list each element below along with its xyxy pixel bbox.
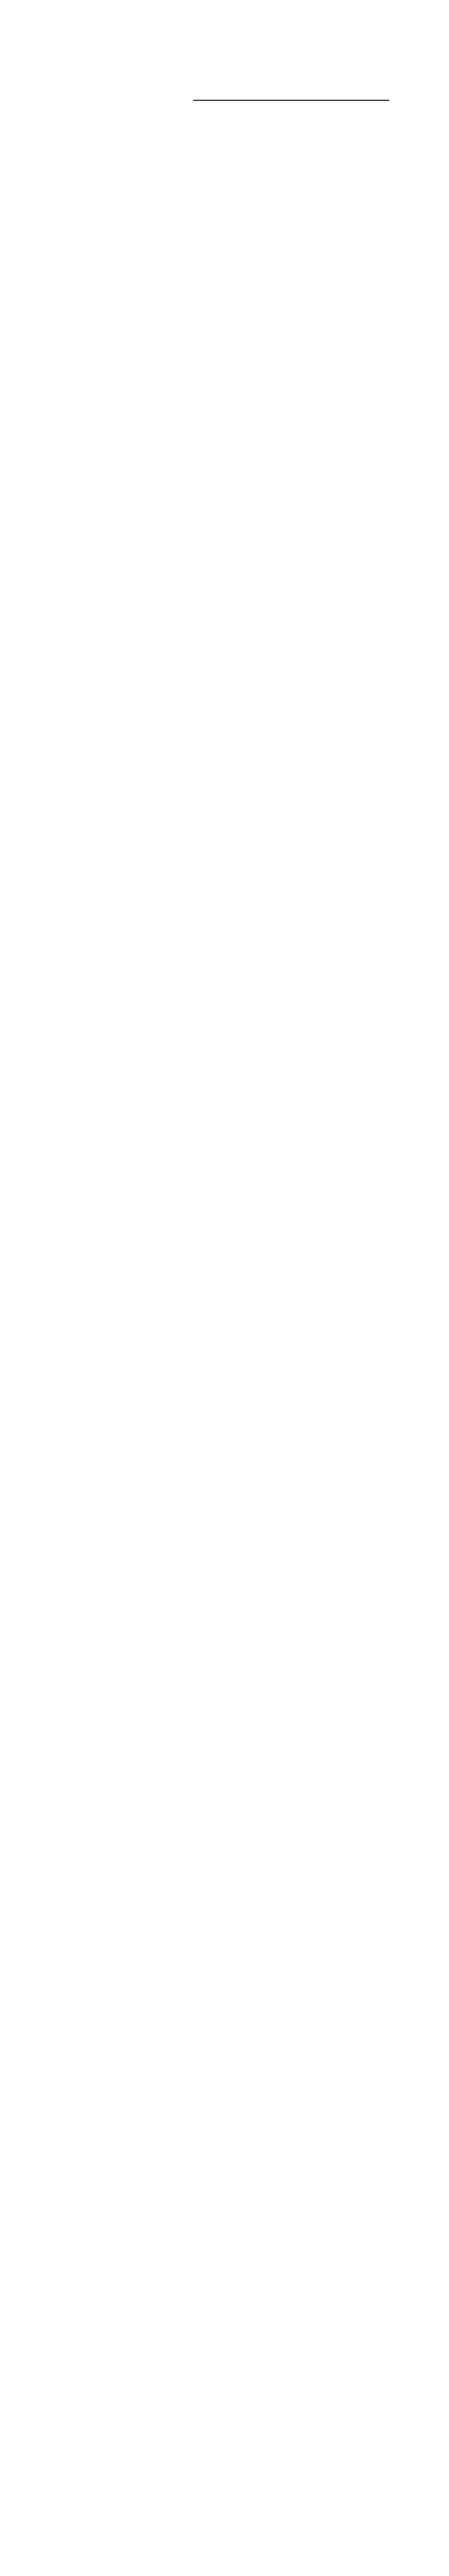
header-divider: [193, 100, 389, 101]
post-stamp: [8, 38, 34, 175]
page-1: [0, 0, 449, 630]
